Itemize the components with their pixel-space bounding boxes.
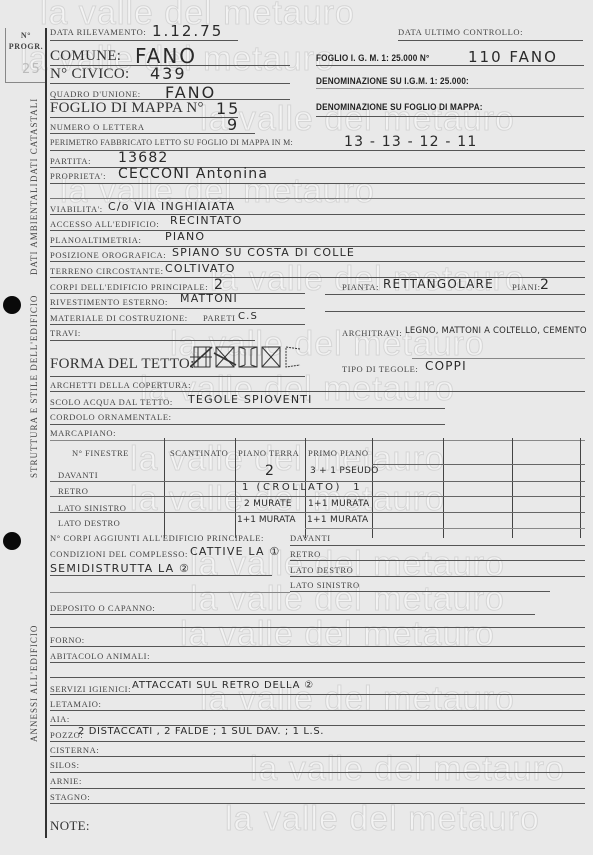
denominazione-foglio-label: DENOMINAZIONE SU FOGLIO DI MAPPA: [316,102,483,113]
terreno-value[interactable]: COLTIVATO [165,262,236,275]
watermark: la valle del metauro [180,615,495,654]
marcapiano-label: MARCAPIANO: [50,428,116,438]
condizioni-value[interactable]: CATTIVE LA ① [190,545,280,558]
viabilita-value[interactable]: C/o VIA INGHIAIATA [108,200,235,213]
cell-primo-piano[interactable]: 1+1 MURATA [308,499,370,509]
partita-value[interactable]: 13682 [118,150,169,166]
viabilita-label: VIABILITA': [50,204,103,214]
numero-lettera-label: NUMERO o LETTERA [50,122,145,132]
section-label-ambientali: DATI AMBIENTALI [29,182,39,275]
numero-lettera-value[interactable]: 9 [227,115,239,134]
silos-label: SILOS: [50,760,80,770]
archetti-label: ARCHETTI DELLA COPERTURA: [50,380,191,390]
data-rilevamento-value[interactable]: 1.12.75 [152,22,223,40]
row-label: DAVANTI [58,470,98,480]
binder-hole [3,296,21,314]
piani-label: PIANI: [512,282,541,292]
watermark: la valle del metauro [225,800,540,839]
section-label-struttura: STRUTTURA E STILE DELL'EDIFICIO [29,295,39,478]
accesso-label: ACCESSO ALL'EDIFICIO: [50,219,159,229]
note-label: NOTE: [50,818,90,834]
proprieta-value[interactable]: CECCONI Antonina [118,166,268,182]
piani-value[interactable]: 2 [540,277,550,293]
corpi-edificio-label: CORPI DELL'EDIFICIO PRINCIPALE: [50,282,208,292]
progr-box-rule [5,82,45,83]
pareti-value[interactable]: C.S [238,311,258,322]
planoaltimetria-value[interactable]: PIANO [165,230,205,243]
scolo-acqua-label: SCOLO ACQUA DAL TETTO: [50,397,173,407]
scolo-acqua-value[interactable]: TEGOLE SPIOVENTI [188,393,313,406]
pareti-label: PARETI [203,313,236,323]
civico-label: N° CIVICO: [50,66,129,83]
cell-primo-piano[interactable]: ATO) 1 [308,482,362,493]
hip-roof-crossed-icon[interactable] [214,347,236,367]
tipo-tegole-value[interactable]: COPPI [425,359,467,373]
posizione-orografica-value[interactable]: SPIANO SU COSTA DI COLLE [172,246,355,259]
igm-foglio-value[interactable]: 110 FANO [468,48,558,66]
rivestimento-label: RIVESTIMENTO ESTERNO: [50,297,168,307]
watermark: la valle del metauro [130,440,445,479]
pianta-label: PIANTA: [342,282,379,292]
arnie-label: ARNIE: [50,776,82,786]
section-label-annessi: ANNESSI ALL'EDIFICIO [29,625,39,742]
corpi-edificio-value[interactable]: 2 [214,277,224,293]
accesso-value[interactable]: RECINTATO [170,214,242,227]
progr-value: 25 [22,62,41,77]
aia-label: AIA: [50,714,70,724]
architravi-value[interactable]: LEGNO, MATTONI A COLTELLO, CEMENTO [405,326,587,336]
corpi-aggiunti-label: N° CORPI AGGIUNTI ALL'EDIFICIO PRINCIPAL… [50,533,264,543]
cell-primo-piano[interactable]: 3 + 1 PSEUDO [310,466,379,476]
corpi-davanti-label: DAVANTI [290,533,331,543]
cisterna-label: CISTERNA: [50,745,99,755]
corpi-lato-destro-label: LATO DESTRO [290,565,353,575]
forma-tetto-label: FORMA DEL TETTO: [50,356,195,373]
foglio-mappa-label: FOGLIO DI MAPPA N° [50,100,204,117]
cell-piano-terra[interactable]: 1+1 MURATA [237,515,296,525]
col-header-piano-terra: PIANO TERRA [238,448,299,458]
travi-label: TRAVI: [50,328,81,338]
row-label: RETRO [58,486,88,496]
comune-label: COMUNE: [50,48,121,65]
corpi-retro-label: RETRO [290,549,321,559]
terreno-label: TERRENO CIRCOSTANTE: [50,266,164,276]
gable-roof-icon[interactable] [239,347,257,367]
survey-form-page: la valle del metauro la valle del metaur… [0,0,593,855]
col-header-finestre: N° FINESTRE [72,448,129,458]
condizioni-value-continued[interactable]: SEMIDISTRUTTA LA ② [50,562,190,575]
pozzo-value[interactable]: 2 DISTACCATI , 2 FALDE ; 1 SUL DAV. ; 1 … [78,726,324,737]
condizioni-label: CONDIZIONI DEL COMPLESSO: [50,549,188,559]
lean-to-roof-icon[interactable] [286,347,300,367]
col-header-scantinato: SCANTINATO [170,448,228,458]
partita-label: PARTITA: [50,156,91,166]
hip-roof-crossed-icon[interactable] [190,347,212,367]
roof-shape-options [190,345,305,369]
perimetro-label: PERIMETRO FABBRICATO LETTO SU FOGLIO DI … [50,138,293,147]
row-label: LATO DESTRO [58,518,120,528]
deposito-label: DEPOSITO o CAPANNO: [50,603,155,613]
data-rilevamento-label: DATA RILEVAMENTO: [50,27,146,37]
servizi-igienici-label: SERVIZI IGIENICI: [50,684,131,694]
binder-hole [3,532,21,550]
cordolo-label: CORDOLO ORNAMENTALE: [50,412,172,422]
progr-box-rule [5,28,6,83]
civico-value[interactable]: 439 [150,64,187,83]
cell-piano-terra[interactable]: 2 [265,463,275,479]
proprieta-label: PROPRIETA': [50,171,106,181]
section-label-catastali: DATI CATASTALI [29,98,39,182]
data-ultimo-controllo-label: DATA ULTIMO CONTROLLO: [398,27,523,37]
cell-piano-terra[interactable]: 1 (CROLL [242,482,308,493]
abitacolo-animali-label: ABITACOLO ANIMALI: [50,651,150,661]
igm-foglio-label: FOGLIO I. G. M. 1: 25.000 N° [316,53,429,64]
architravi-label: ARCHITRAVI: [342,328,402,338]
denominazione-igm-label: DENOMINAZIONE SU I.G.M. 1: 25.000: [316,76,469,87]
cross-roof-icon[interactable] [262,347,280,367]
planoaltimetria-label: PLANOALTIMETRIA: [50,235,141,245]
progr-label: N° PROGR. [8,30,44,52]
cell-piano-terra[interactable]: 2 MURATE [244,499,292,509]
corpi-lato-sinistro-label: LATO SINISTRO [290,580,360,590]
letamaio-label: LETAMAIO: [50,699,101,709]
cell-primo-piano[interactable]: 1+1 MURATA [307,515,369,525]
stagno-label: STAGNO: [50,792,90,802]
posizione-orografica-label: POSIZIONE OROGRAFICA: [50,250,166,260]
pianta-value[interactable]: RETTANGOLARE [383,277,494,291]
materiale-label: MATERIALE DI COSTRUZIONE: [50,313,188,323]
quadro-unione-label: QUADRO D'UNIONE: [50,89,141,99]
margin-rule [45,28,47,838]
col-header-primo-piano: PRIMO PIANO [308,448,369,458]
perimetro-value[interactable]: 13 - 13 - 12 - 11 [344,134,478,150]
tipo-tegole-label: TIPO DI TEGOLE: [342,364,418,374]
rivestimento-value[interactable]: MATTONI [180,292,238,305]
servizi-igienici-value[interactable]: ATTACCATI SUL RETRO DELLA ② [132,680,314,691]
forno-label: FORNO: [50,635,85,645]
